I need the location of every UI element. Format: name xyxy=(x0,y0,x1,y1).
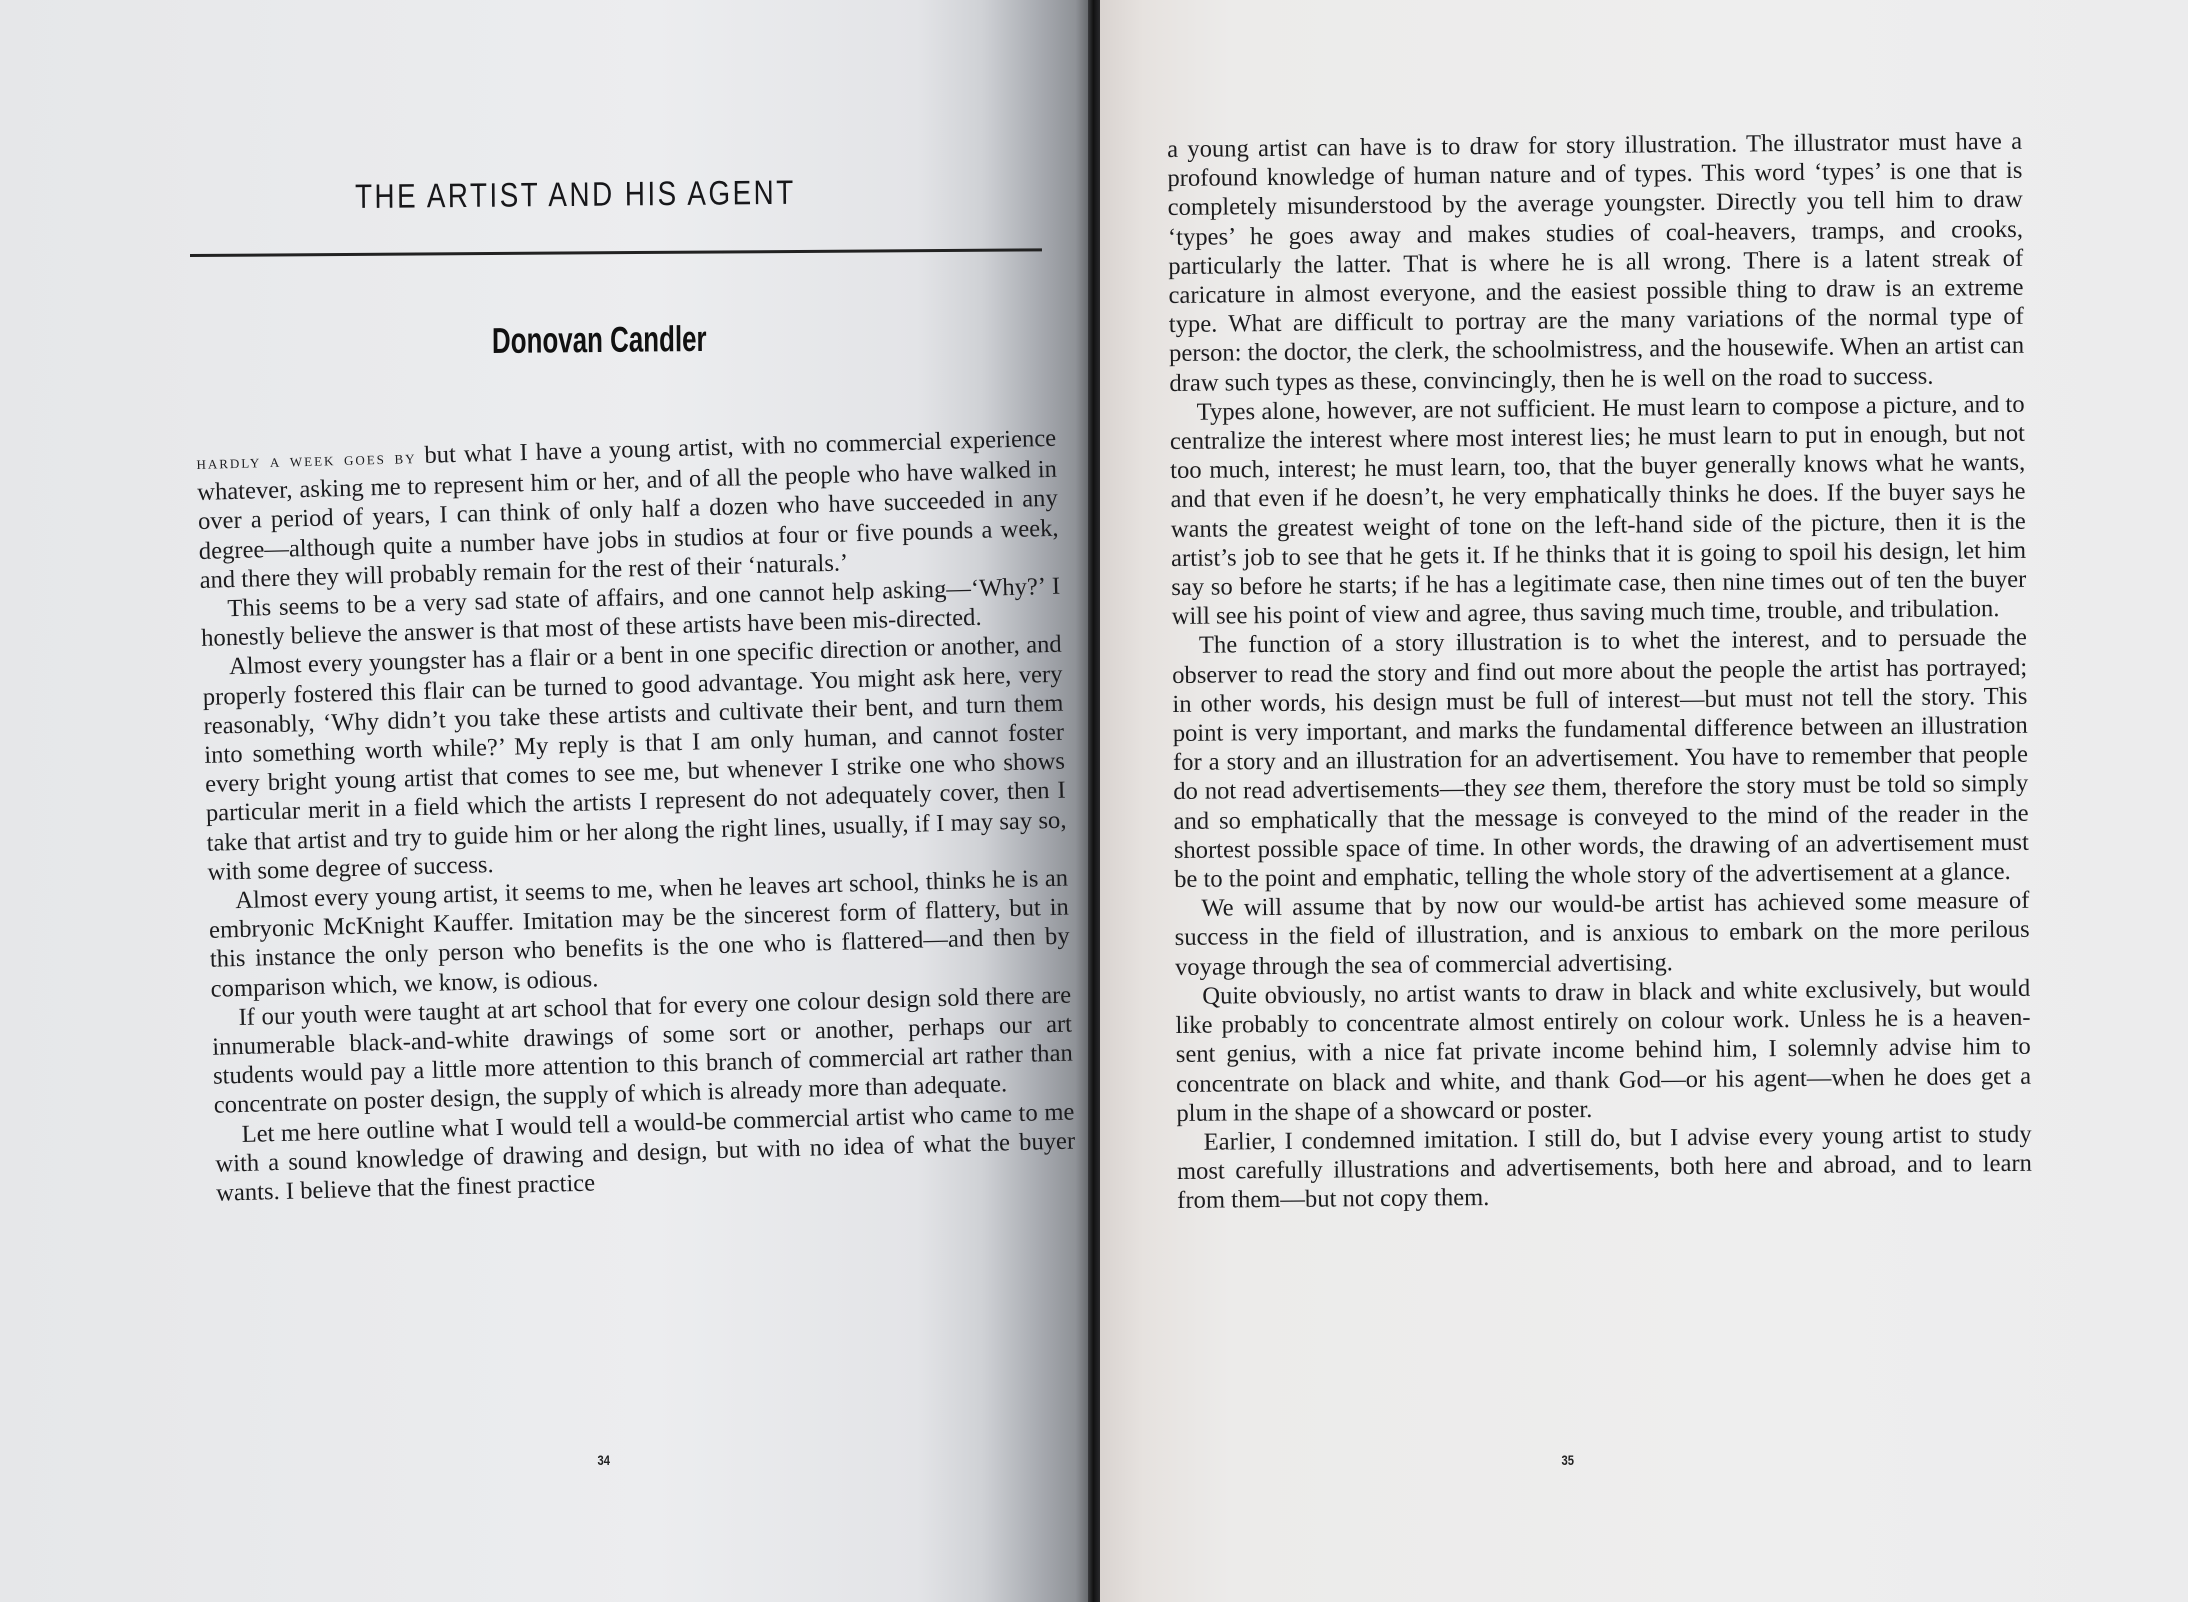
italic-emphasis: see xyxy=(1513,775,1545,802)
opening-smallcaps: Hardly a week goes by xyxy=(196,447,417,474)
paragraph: We will assume that by now our would-be … xyxy=(1174,886,2030,982)
paragraph: If our youth were taught at art school t… xyxy=(211,980,1074,1120)
book-spine xyxy=(1088,0,1100,1602)
article-author: Donovan Candler xyxy=(492,318,707,362)
right-text-column: a young artist can have is to draw for s… xyxy=(1167,127,2032,1216)
paragraph: Hardly a week goes by but what I have a … xyxy=(196,424,1060,595)
article-title: THE ARTIST AND HIS AGENT xyxy=(355,174,796,217)
paragraph: Types alone, however, are not sufficient… xyxy=(1170,390,2027,632)
paragraph: Quite obviously, no artist wants to draw… xyxy=(1175,974,2031,1128)
title-divider xyxy=(190,248,1042,257)
paragraph: The function of a story illustration is … xyxy=(1172,623,2029,894)
page-number-right: 35 xyxy=(1562,1452,1574,1468)
left-page: THE ARTIST AND HIS AGENT Donovan Candler… xyxy=(0,0,1092,1602)
paragraph: Almost every youngster has a flair or a … xyxy=(202,630,1068,887)
paragraph: Earlier, I condemned imitation. I still … xyxy=(1177,1120,2033,1216)
page-number-left: 34 xyxy=(598,1452,610,1468)
paragraph: a young artist can have is to draw for s… xyxy=(1167,127,2024,398)
book-spread: THE ARTIST AND HIS AGENT Donovan Candler… xyxy=(0,0,2188,1602)
paragraph: Almost every young artist, it seems to m… xyxy=(208,864,1071,1004)
left-text-column: Hardly a week goes by but what I have a … xyxy=(196,424,1076,1208)
